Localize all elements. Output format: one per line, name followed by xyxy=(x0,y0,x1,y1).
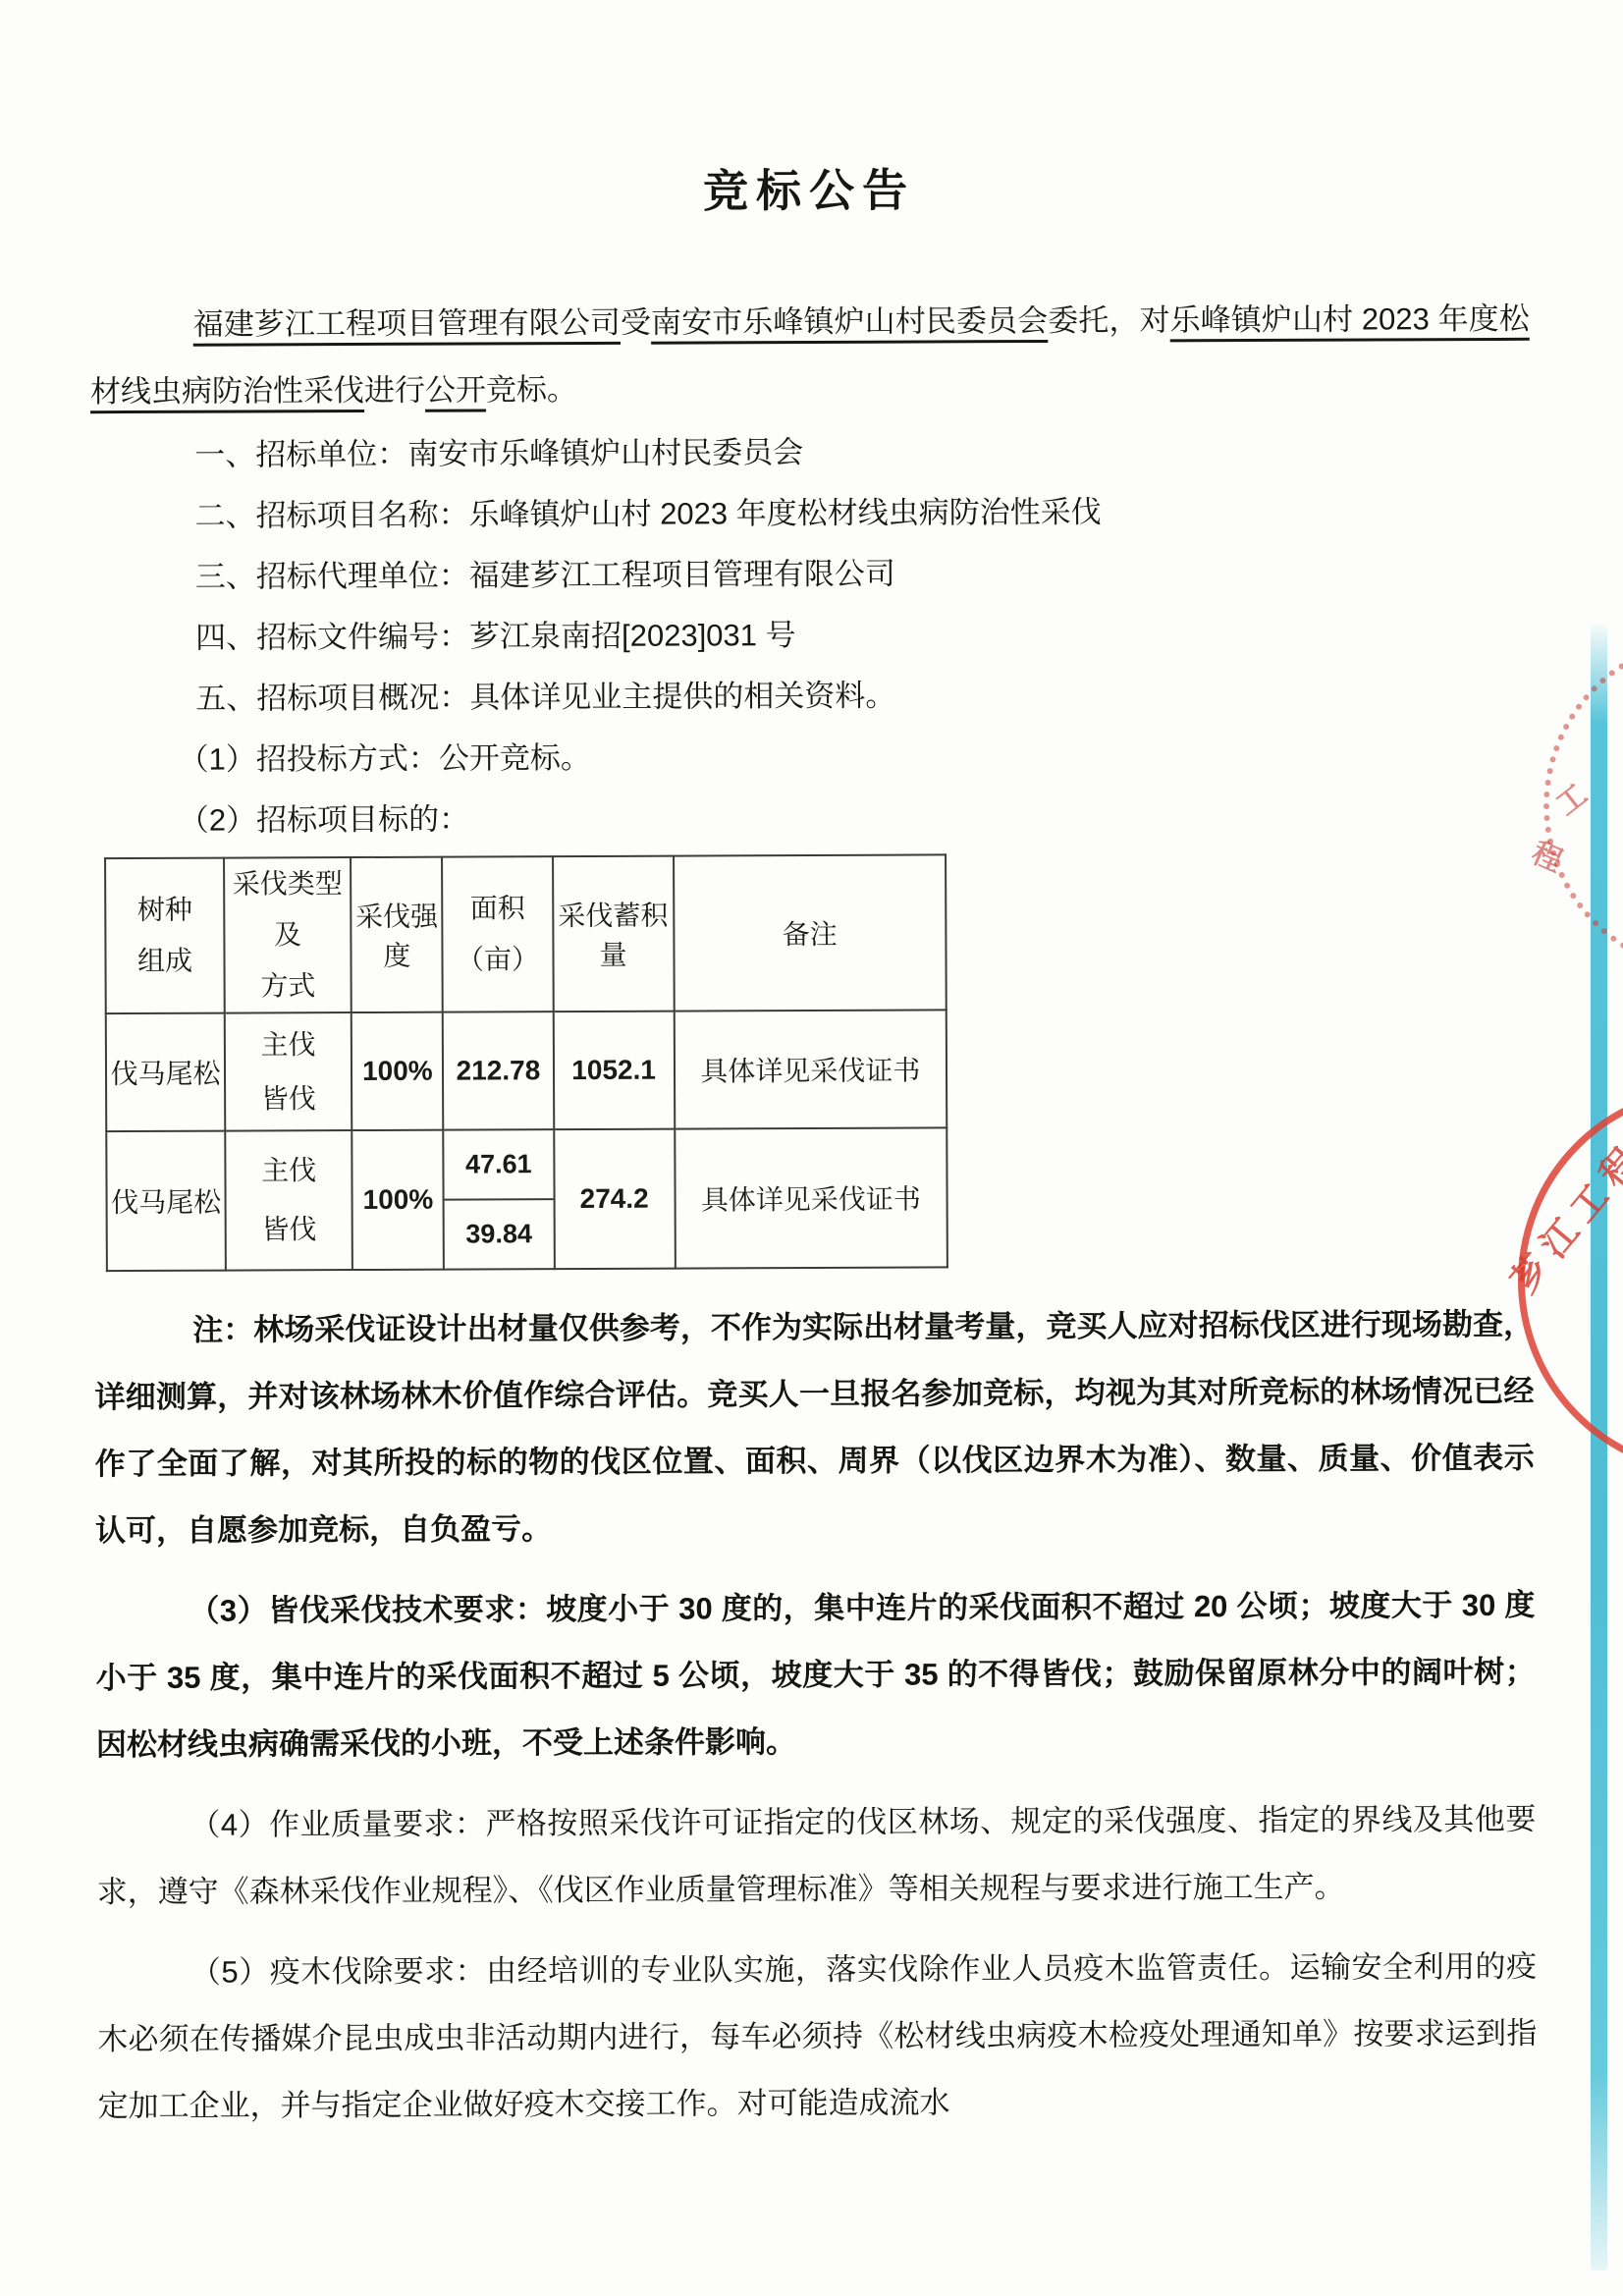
intro-paragraph: 福建芗江工程项目管理有限公司受南安市乐峰镇炉山村民委员会委托，对乐峰镇炉山村 2… xyxy=(90,286,1531,425)
list-item-5: 五、招标项目概况：具体详见业主提供的相关资料。 xyxy=(91,663,1531,730)
header-remark: 备注 xyxy=(674,854,947,1011)
list-item-1: 一、招标单位：南安市乐峰镇炉山村民委员会 xyxy=(90,419,1530,486)
cell-remark: 具体详见采伐证书 xyxy=(675,1127,947,1268)
cell-area-bottom: 39.84 xyxy=(445,1200,553,1268)
cell-area-top: 47.61 xyxy=(445,1130,553,1200)
section-4-paragraph: （4）作业质量要求：严格按照采伐许可证指定的伐区林场、规定的采伐强度、指定的界线… xyxy=(96,1786,1537,1926)
table-header-row: 树种 组成 采伐类型及 方式 采伐强度 面积 （亩） 采伐蓄积量 备注 xyxy=(105,854,947,1013)
list-item-2: 二、招标项目名称：乐峰镇炉山村 2023 年度松材线虫病防治性采伐 xyxy=(90,480,1530,547)
intro-segment: 进行 xyxy=(364,373,425,408)
header-area: 面积 （亩） xyxy=(442,856,553,1011)
table-row: 伐马尾松 主伐 皆伐 100% 212.78 1052.1 具体详见采伐证书 xyxy=(106,1010,947,1131)
list-item-7: （2）招标项目标的： xyxy=(92,785,1532,851)
table-row: 伐马尾松 主伐 皆伐 100% 47.61 39.84 274.2 具体详见采伐… xyxy=(106,1127,947,1271)
list-item-4: 四、招标文件编号：芗江泉南招[2023]031 号 xyxy=(91,602,1531,669)
intro-segment: 福建芗江工程项目管理有限公司 xyxy=(193,305,621,342)
cell-area: 212.78 xyxy=(443,1011,554,1129)
lot-table: 树种 组成 采伐类型及 方式 采伐强度 面积 （亩） 采伐蓄积量 备注 伐马尾松 xyxy=(104,853,948,1272)
document-body: 竞标公告 福建芗江工程项目管理有限公司受南安市乐峰镇炉山村民委员会委托，对乐峰镇… xyxy=(0,0,1623,2141)
cell-remark: 具体详见采伐证书 xyxy=(674,1010,947,1128)
cell-volume: 1052.1 xyxy=(553,1011,675,1130)
cell-volume: 274.2 xyxy=(554,1129,676,1270)
cell-area-split: 47.61 39.84 xyxy=(444,1129,555,1269)
intro-segment: 公开 xyxy=(425,372,486,407)
cell-cut-type: 主伐 皆伐 xyxy=(225,1130,352,1271)
header-species: 树种 组成 xyxy=(105,858,225,1014)
section-3-paragraph: （3）皆伐采伐技术要求：坡度小于 30 度的，集中连片的采伐面积不超过 20 公… xyxy=(95,1572,1536,1778)
section-5-paragraph: （5）疫木伐除要求：由经培训的专业队实施，落实伐除作业人员疫木监管责任。运输安全… xyxy=(97,1934,1538,2140)
intro-segment: 委托，对 xyxy=(1048,302,1170,338)
header-cut-type: 采伐类型及 方式 xyxy=(224,857,352,1013)
intro-segment: 竞标。 xyxy=(486,372,577,407)
list-item-3: 三、招标代理单位：福建芗江工程项目管理有限公司 xyxy=(91,541,1531,608)
header-intensity: 采伐强度 xyxy=(351,857,443,1012)
header-volume: 采伐蓄积量 xyxy=(553,856,675,1012)
cell-intensity: 100% xyxy=(352,1130,445,1270)
scanned-document-page: 竞标公告 福建芗江工程项目管理有限公司受南安市乐峰镇炉山村民委员会委托，对乐峰镇… xyxy=(0,0,1623,2296)
cell-cut-type: 主伐 皆伐 xyxy=(225,1012,352,1131)
note-paragraph: 注：林场采伐证设计出材量仅供参考，不作为实际出材量考量，竞买人应对招标伐区进行现… xyxy=(94,1291,1535,1564)
cell-species: 伐马尾松 xyxy=(106,1013,226,1132)
cell-intensity: 100% xyxy=(352,1012,444,1130)
page-title: 竞标公告 xyxy=(89,152,1529,223)
intro-segment: 受 xyxy=(621,305,651,340)
list-item-6: （1）招投标方式：公开竞标。 xyxy=(91,724,1531,791)
cell-species: 伐马尾松 xyxy=(106,1131,226,1272)
intro-segment: 南安市乐峰镇炉山村民委员会 xyxy=(651,303,1048,340)
